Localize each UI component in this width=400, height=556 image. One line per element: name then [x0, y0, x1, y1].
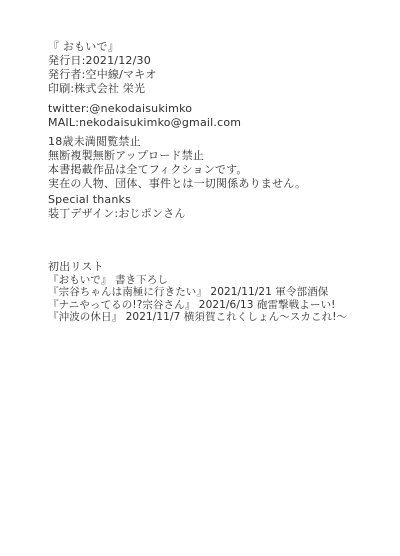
no-reproduction-notice: 無断複製無断アップロード禁止 [48, 149, 392, 163]
colophon-page: 『 おもいで』 発行日:2021/12/30 発行者:空中線/マキオ 印刷:株式… [0, 0, 400, 556]
contact-section: twitter:@nekodaisukimko MAIL:nekodaisuki… [48, 102, 392, 130]
first-publication-section: 初出リスト 『おもいで』 書き下ろし 『宗谷ちゃんは南極に行きたい』 2021/… [48, 260, 392, 324]
first-publication-item: 『おもいで』 書き下ろし [48, 274, 392, 286]
publication-date: 発行日:2021/12/30 [48, 54, 392, 68]
printer: 印刷:株式会社 栄光 [48, 82, 392, 96]
publisher: 発行者:空中線/マキオ [48, 68, 392, 82]
publication-info-section: 『 おもいで』 発行日:2021/12/30 発行者:空中線/マキオ 印刷:株式… [48, 40, 392, 96]
twitter-handle: twitter:@nekodaisukimko [48, 102, 392, 116]
special-thanks-heading: Special thanks [48, 193, 392, 207]
email-address: MAIL:nekodaisukimko@gmail.com [48, 116, 392, 130]
cover-design-credit: 装丁デザイン:おじポンさん [48, 207, 392, 221]
age-restriction-notice: 18歳未満閲覧禁止 [48, 135, 392, 149]
colophon-text-block: 『 おもいで』 発行日:2021/12/30 発行者:空中線/マキオ 印刷:株式… [48, 40, 392, 324]
notices-section: 18歳未満閲覧禁止 無断複製無断アップロード禁止 本書掲載作品は全てフィクション… [48, 135, 392, 191]
first-publication-item: 『宗谷ちゃんは南極に行きたい』 2021/11/21 軍令部酒保 [48, 286, 392, 298]
book-title: 『 おもいで』 [48, 40, 392, 54]
first-publication-item: 『沖波の休日』 2021/11/7 横須賀これくしょん〜スカこれ!〜 [48, 311, 392, 323]
special-thanks-section: Special thanks 装丁デザイン:おじポンさん [48, 193, 392, 221]
fiction-disclaimer: 本書掲載作品は全てフィクションです。 [48, 163, 392, 177]
first-publication-heading: 初出リスト [48, 260, 392, 274]
first-publication-item: 『ナニやってるの!?宗谷さん』 2021/6/13 砲雷撃戦よーい! [48, 299, 392, 311]
no-relation-disclaimer: 実在の人物、団体、事件とは一切関係ありません。 [48, 177, 392, 191]
